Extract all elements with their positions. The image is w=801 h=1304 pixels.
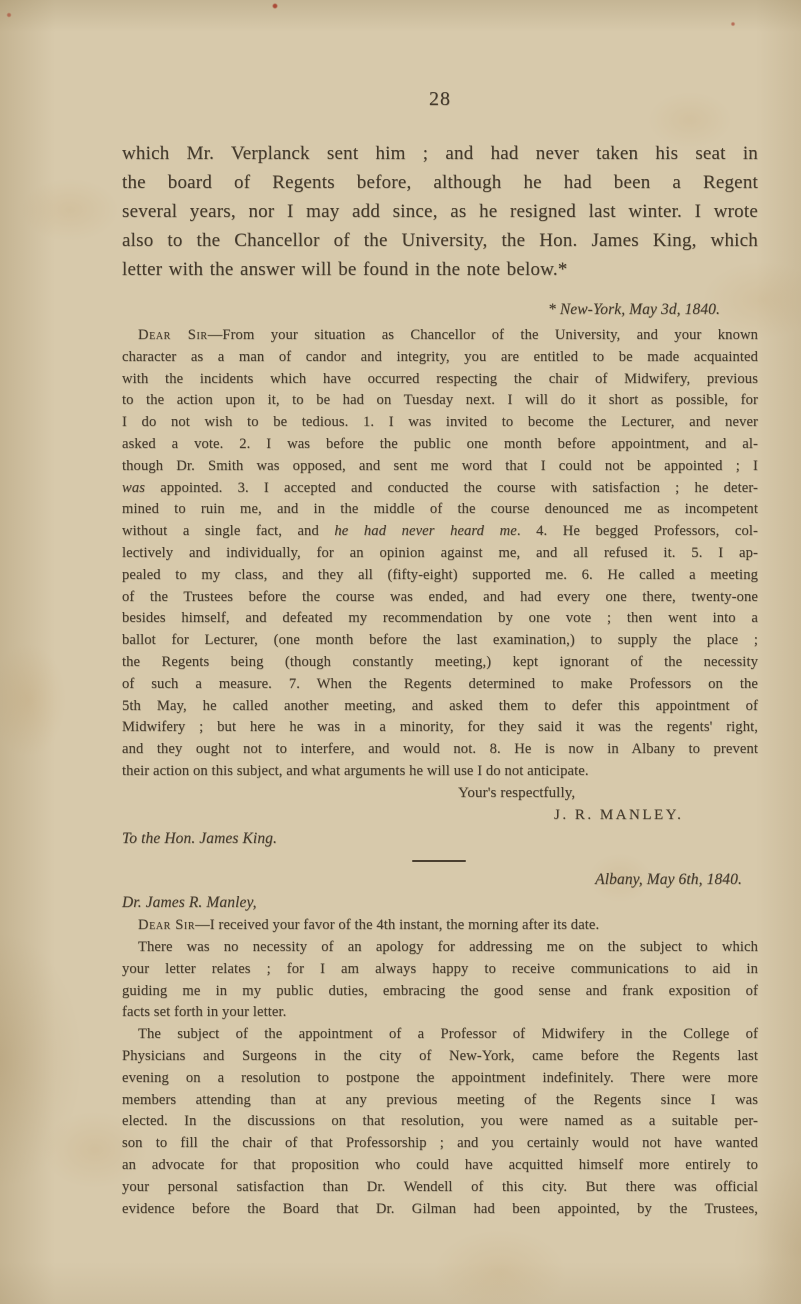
text-line: the board of Regents before, although he… [122, 168, 758, 197]
letter1-dateline: * New-York, May 3d, 1840. [122, 299, 758, 325]
letter1-body: Dear Sir—From your situation as Chancell… [122, 325, 758, 783]
text-line: facts set forth in your letter. [122, 1002, 758, 1024]
text-line: pealed to my class, and they all (fifty-… [122, 565, 758, 587]
text-line: guiding me in my public duties, embracin… [122, 981, 758, 1003]
text-line: though Dr. Smith was opposed, and sent m… [122, 456, 758, 478]
text-line: character as a man of candor and integri… [122, 347, 758, 369]
text-line: Dear Sir—From your situation as Chancell… [122, 325, 758, 347]
text-line: your letter relates ; for I am always ha… [122, 959, 758, 981]
text-line: evening on a resolution to postpone the … [122, 1068, 758, 1090]
text-line: to the action upon it, to be had on Tues… [122, 390, 758, 412]
text-line: Dear Sir—I received your favor of the 4t… [122, 915, 758, 937]
text-line: their action on this subject, and what a… [122, 761, 758, 783]
text-line: several years, nor I may add since, as h… [122, 197, 758, 226]
text-line: asked a vote. 2. I was before the public… [122, 434, 758, 456]
footnote: * New-York, May 3d, 1840. Dear Sir—From … [122, 299, 758, 1220]
letter2-body: Dear Sir—I received your favor of the 4t… [122, 915, 758, 1220]
text-line: without a single fact, and he had never … [122, 521, 758, 543]
text-line: of the Trustees before the course was en… [122, 587, 758, 609]
text-line: letter with the answer will be found in … [122, 255, 758, 284]
text-line: mined to ruin me, and in the middle of t… [122, 499, 758, 521]
text-line: evidence before the Board that Dr. Gilma… [122, 1199, 758, 1221]
text-line: also to the Chancellor of the University… [122, 226, 758, 255]
text-line: lectively and individually, for an opini… [122, 543, 758, 565]
text-line: I do not wish to be tedious. 1. I was in… [122, 412, 758, 434]
text-line: 5th May, he called another meeting, and … [122, 696, 758, 718]
text-line: the Regents being (though constantly mee… [122, 652, 758, 674]
text-line: ballot for Lecturer, (one month before t… [122, 630, 758, 652]
text-line: elected. In the discussions on that reso… [122, 1111, 758, 1133]
text-line: which Mr. Verplanck sent him ; and had n… [122, 139, 758, 168]
letter1-signature: J. R. MANLEY. [554, 805, 758, 828]
letter2-recipient: Dr. James R. Manley, [122, 892, 758, 915]
text-line: There was no necessity of an apology for… [122, 937, 758, 959]
letter1-valediction: Your's respectfully, [458, 783, 758, 805]
text-line: was appointed. 3. I accepted and conduct… [122, 478, 758, 500]
text-line: besides himself, and defeated my recomme… [122, 608, 758, 630]
page-number: 28 [122, 88, 758, 111]
text-line: The subject of the appointment of a Prof… [122, 1024, 758, 1046]
text-line: your personal satisfaction than Dr. Wend… [122, 1177, 758, 1199]
text-line: members attending than at any previous m… [122, 1090, 758, 1112]
text-line: of such a measure. 7. When the Regents d… [122, 674, 758, 696]
text-line: Midwifery ; but here he was in a minorit… [122, 717, 758, 739]
section-divider-rule [412, 860, 466, 863]
text-line: Physicians and Surgeons in the city of N… [122, 1046, 758, 1068]
text-line: an advocate for that proposition who cou… [122, 1155, 758, 1177]
book-page: 28 which Mr. Verplanck sent him ; and ha… [0, 0, 801, 1304]
main-paragraph: which Mr. Verplanck sent him ; and had n… [122, 139, 758, 284]
text-line: with the incidents which have occurred r… [122, 369, 758, 391]
letter2-dateline: Albany, May 6th, 1840. [122, 869, 758, 892]
letter1-addressee: To the Hon. James King. [122, 828, 758, 851]
text-line: and they ought not to interfere, and wou… [122, 739, 758, 761]
text-line: son to fill the chair of that Professors… [122, 1133, 758, 1155]
